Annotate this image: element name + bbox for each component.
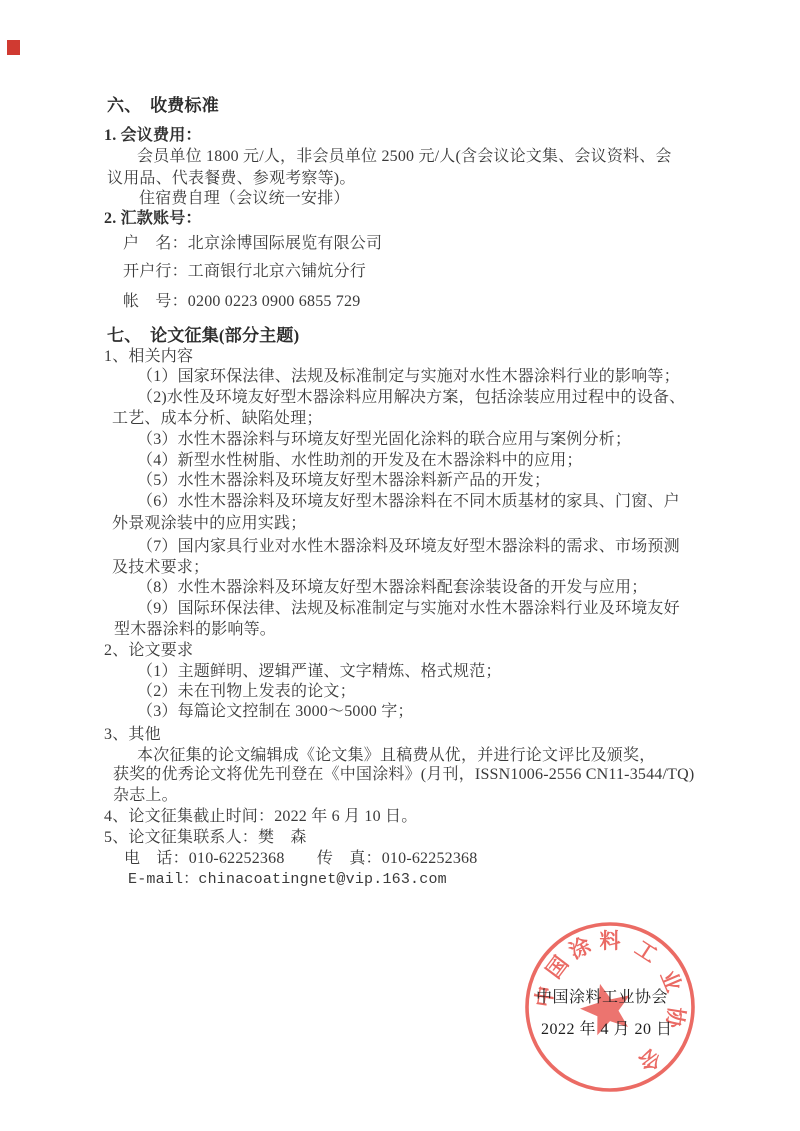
topic-line: 及技术要求； bbox=[112, 558, 209, 578]
account-name: 户 名：北京涂博国际展览有限公司 bbox=[123, 234, 382, 254]
other-line: 获奖的优秀论文将优先刊登在《中国涂料》(月刊，ISSN1006-2556 CN1… bbox=[113, 765, 694, 785]
other-label: 3、其他 bbox=[104, 725, 161, 745]
topic-line: 工艺、成本分析、缺陷处理； bbox=[112, 409, 323, 429]
signature-date: 2022 年 4 月 20 日 bbox=[541, 1016, 673, 1039]
topic-line: （6）水性木器涂料及环境友好型木器涂料在不同木质基材的家具、门窗、户 bbox=[137, 492, 680, 512]
fees-line: 议用品、代表餐费、参观考察等)。 bbox=[107, 169, 356, 189]
topics-label: 1、相关内容 bbox=[104, 347, 193, 367]
official-seal: 中 国 涂 料 工 业 协 会 bbox=[520, 917, 700, 1097]
topic-line: 外景观涂装中的应用实践； bbox=[112, 514, 306, 534]
topic-line: （2)水性及环境友好型木器涂料应用解决方案，包括涂装应用过程中的设备、 bbox=[137, 388, 685, 408]
remit-label: 2. 汇款账号： bbox=[104, 209, 202, 229]
seal-arc-char: 料 bbox=[600, 929, 621, 953]
heading-fees: 六、 收费标准 bbox=[107, 95, 219, 116]
corner-red-mark bbox=[7, 40, 20, 55]
topic-line: （5）水性木器涂料及环境友好型木器涂料新产品的开发； bbox=[137, 471, 550, 491]
topic-line: （4）新型水性树脂、水性助剂的开发及在木器涂料中的应用； bbox=[137, 451, 583, 471]
seal-graphic: 中 国 涂 料 工 业 协 会 bbox=[520, 917, 700, 1097]
fees-line: 住宿费自理（会议统一安排） bbox=[139, 189, 350, 209]
requirement-line: （2）未在刊物上发表的论文； bbox=[137, 682, 356, 702]
topic-line: 型木器涂料的影响等。 bbox=[114, 620, 276, 640]
contact-phone-line: 电 话：010-62252368 传 真：010-62252368 bbox=[124, 849, 477, 869]
topic-line: （1）国家环保法律、法规及标准制定与实施对水性木器涂料行业的影响等； bbox=[137, 367, 680, 387]
topic-line: （7）国内家具行业对水性木器涂料及环境友好型木器涂料的需求、市场预测 bbox=[137, 537, 680, 557]
contact-email-line: E-mail：chinacoatingnet@vip.163.com bbox=[128, 871, 447, 890]
topic-line: （9）国际环保法律、法规及标准制定与实施对水性木器涂料行业及环境友好 bbox=[137, 599, 680, 619]
contact-person-line: 5、论文征集联系人：樊 森 bbox=[104, 828, 307, 848]
deadline-line: 4、论文征集截止时间：2022 年 6 月 10 日。 bbox=[104, 807, 417, 827]
fees-label: 1. 会议费用： bbox=[104, 126, 202, 146]
requirement-line: （1）主题鲜明、逻辑严谨、文字精炼、格式规范； bbox=[137, 662, 502, 682]
document-page: { "colors": { "seal_red": "#e8564f", "bo… bbox=[0, 0, 800, 1131]
fees-line: 会员单位 1800 元/人，非会员单位 2500 元/人(含会议论文集、会议资料… bbox=[137, 147, 672, 167]
requirements-label: 2、论文要求 bbox=[104, 641, 193, 661]
topic-line: （3）水性木器涂料与环境友好型光固化涂料的联合应用与案例分析； bbox=[137, 430, 631, 450]
topic-line: （8）水性木器涂料及环境友好型木器涂料配套涂装设备的开发与应用； bbox=[137, 578, 647, 598]
account-bank: 开户行：工商银行北京六铺炕分行 bbox=[123, 262, 366, 282]
other-line: 本次征集的论文编辑成《论文集》且稿费从优，并进行论文评比及颁奖， bbox=[137, 746, 655, 766]
other-line: 杂志上。 bbox=[113, 786, 178, 806]
seal-arc-char: 涂 bbox=[565, 933, 595, 964]
heading-papers: 七、 论文征集(部分主题) bbox=[107, 325, 299, 346]
account-number: 帐 号：0200 0223 0900 6855 729 bbox=[123, 292, 360, 312]
requirement-line: （3）每篇论文控制在 3000～5000 字； bbox=[137, 702, 414, 722]
signature-org-name: 中国涂料工业协会 bbox=[536, 984, 668, 1007]
